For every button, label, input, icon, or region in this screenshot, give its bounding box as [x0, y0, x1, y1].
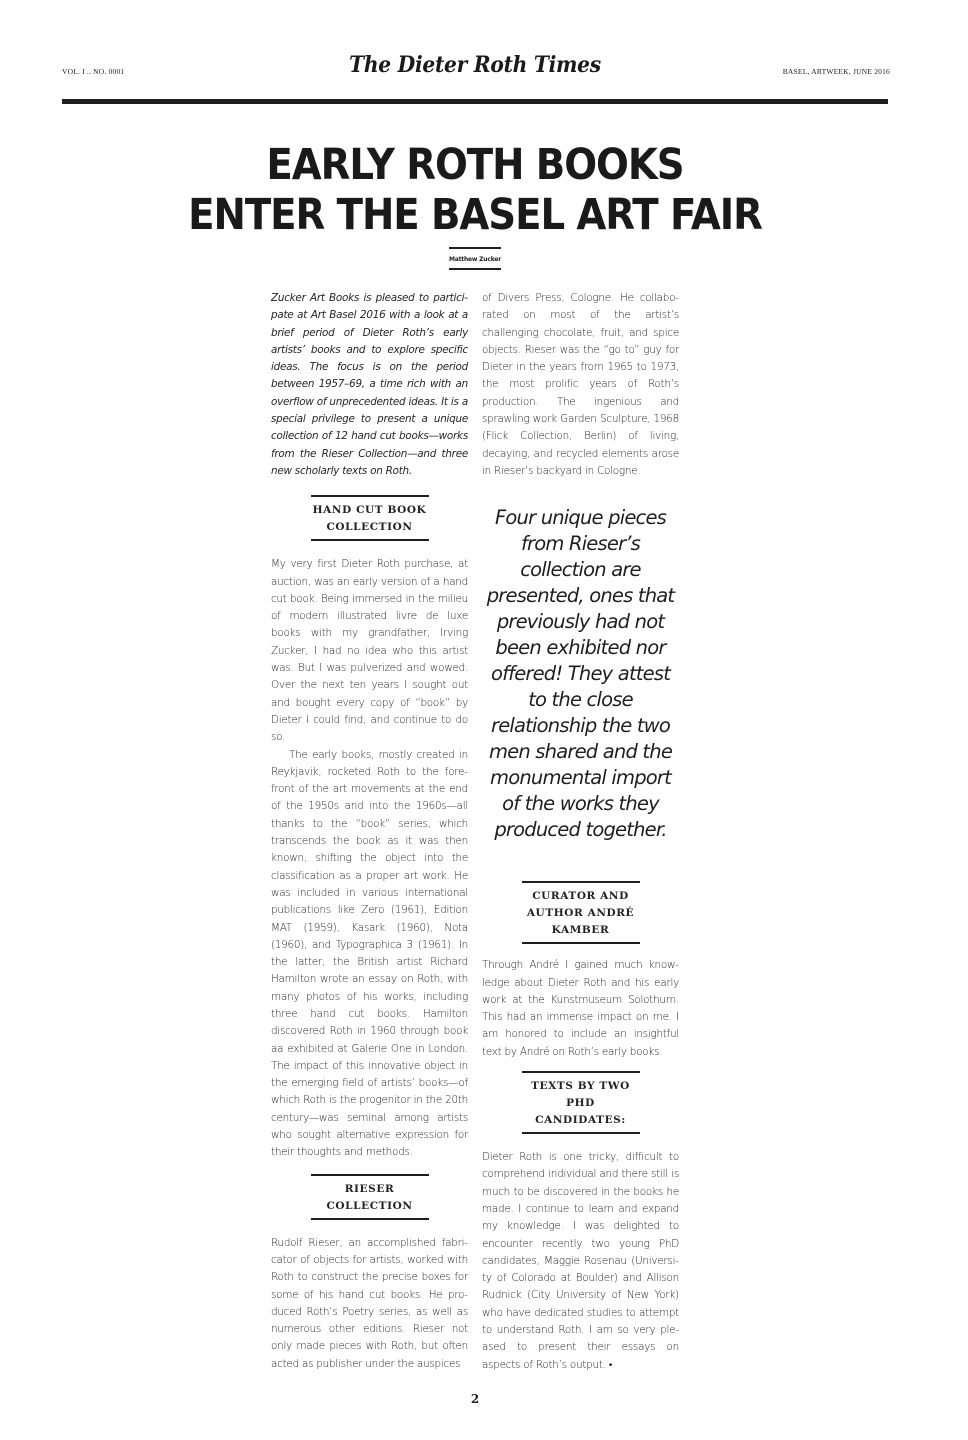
column-left: Zucker Art Books is pleased to partici­p… [271, 290, 468, 1373]
section-heading-kamber: CURATOR AND AUTHOR ANDRÉ KAMBER [522, 881, 640, 944]
byline: Matthew Zucker [449, 247, 501, 270]
headline: EARLY ROTH BOOKS ENTER THE BASEL ART FAI… [48, 140, 903, 240]
section-heading-hand-cut: HAND CUT BOOK COLLECTION [311, 495, 429, 541]
section-heading-phd: TEXTS BY TWO PHD CANDIDATES: [522, 1071, 640, 1134]
column-right: of Divers Press, Cologne. He collabo­rat… [482, 290, 679, 1374]
phd-paragraph: Dieter Roth is one tricky, difficult to … [482, 1149, 679, 1374]
intro-paragraph: Zucker Art Books is pleased to partici­p… [271, 290, 468, 480]
masthead-rule [62, 99, 888, 104]
hand-cut-paragraph-1: My very first Dieter Roth purchase, at a… [271, 556, 468, 746]
rieser-paragraph-2: of Divers Press, Cologne. He collabo­rat… [482, 290, 679, 480]
page-number: 2 [0, 1392, 950, 1406]
kamber-paragraph: Through André I gained much know­ledge a… [482, 957, 679, 1061]
rieser-paragraph-1: Rudolf Rieser, an accomplished fabri­cat… [271, 1235, 468, 1373]
section-heading-rieser: RIESER COLLECTION [311, 1174, 429, 1220]
newspaper-title: The Dieter Roth Times [38, 52, 912, 78]
headline-line-1: EARLY ROTH BOOKS [48, 140, 903, 190]
dateline: BASEL, ARTWEEK, JUNE 2016 [783, 67, 890, 76]
hand-cut-paragraph-2: The early books, mostly created in Reykj… [271, 747, 468, 1162]
headline-line-2: ENTER THE BASEL ART FAIR [48, 190, 903, 240]
pull-quote: Four unique pieces from Rieser’s collect… [482, 505, 679, 843]
